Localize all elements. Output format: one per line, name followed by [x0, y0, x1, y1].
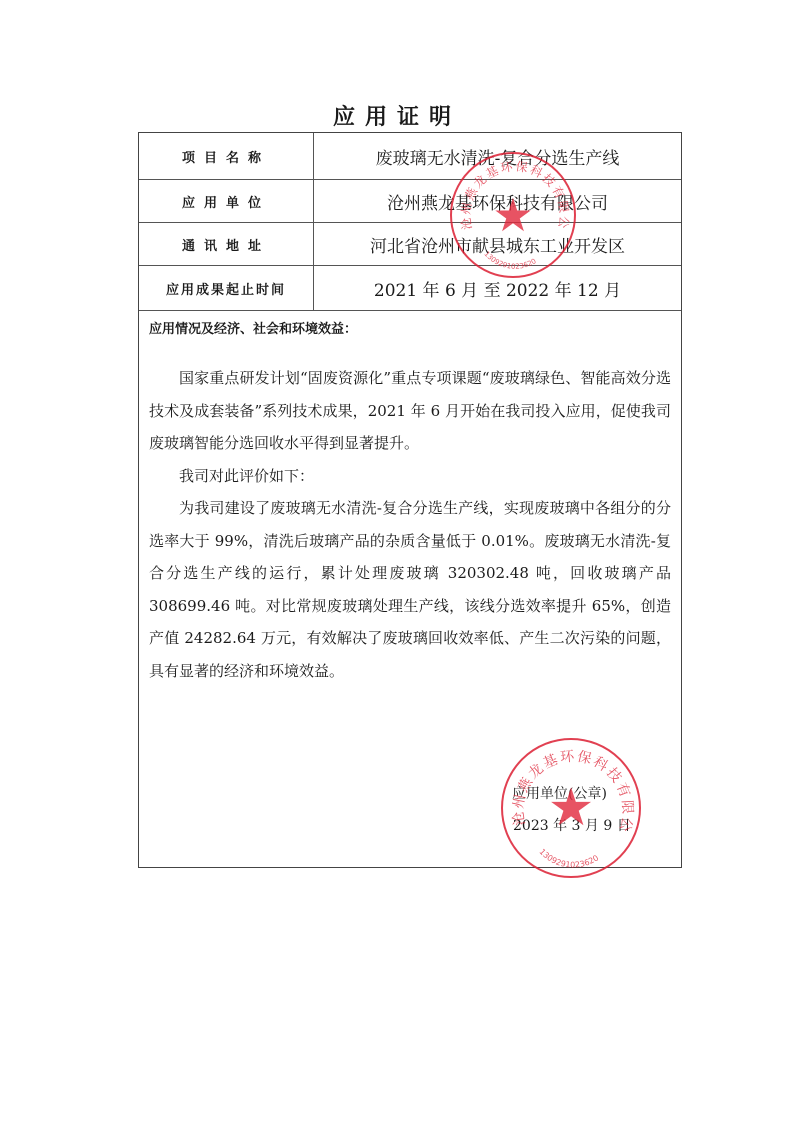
value-address: 河北省沧州市献县城东工业开发区: [314, 223, 681, 265]
label-project-name: 项目名称: [139, 133, 314, 179]
signature-unit-label: 应用单位(公章): [512, 783, 607, 803]
row-period: 应用成果起止时间 2021 年 6 月 至 2022 年 12 月: [139, 266, 681, 311]
document-title: 应用证明: [0, 100, 794, 131]
value-period: 2021 年 6 月 至 2022 年 12 月: [314, 266, 681, 310]
paragraph-intro: 国家重点研发计划“固废资源化”重点专项课题“废玻璃绿色、智能高效分选技术及成套装…: [149, 362, 671, 460]
label-application-unit: 应用单位: [139, 180, 314, 222]
benefits-section: 应用情况及经济、社会和环境效益： 国家重点研发计划“固废资源化”重点专项课题“废…: [139, 311, 681, 687]
paragraph-evaluation: 为我司建设了废玻璃无水清洗-复合分选生产线，实现废玻璃中各组分的分选率大于 99…: [149, 492, 671, 687]
label-period: 应用成果起止时间: [139, 266, 314, 310]
certificate-table: 项目名称 废玻璃无水清洗-复合分选生产线 应用单位 沧州燕龙基环保科技有限公司 …: [138, 132, 682, 868]
value-application-unit: 沧州燕龙基环保科技有限公司: [314, 180, 681, 222]
signature-date: 2023 年 3 月 9 日: [513, 815, 631, 835]
section-heading: 应用情况及经济、社会和环境效益：: [149, 318, 671, 337]
value-project-name: 废玻璃无水清洗-复合分选生产线: [314, 133, 681, 179]
label-address: 通讯地址: [139, 223, 314, 265]
row-application-unit: 应用单位 沧州燕龙基环保科技有限公司: [139, 180, 681, 223]
row-project-name: 项目名称 废玻璃无水清洗-复合分选生产线: [139, 133, 681, 180]
row-address: 通讯地址 河北省沧州市献县城东工业开发区: [139, 223, 681, 266]
paragraph-evaluation-lead: 我司对此评价如下：: [149, 460, 671, 493]
